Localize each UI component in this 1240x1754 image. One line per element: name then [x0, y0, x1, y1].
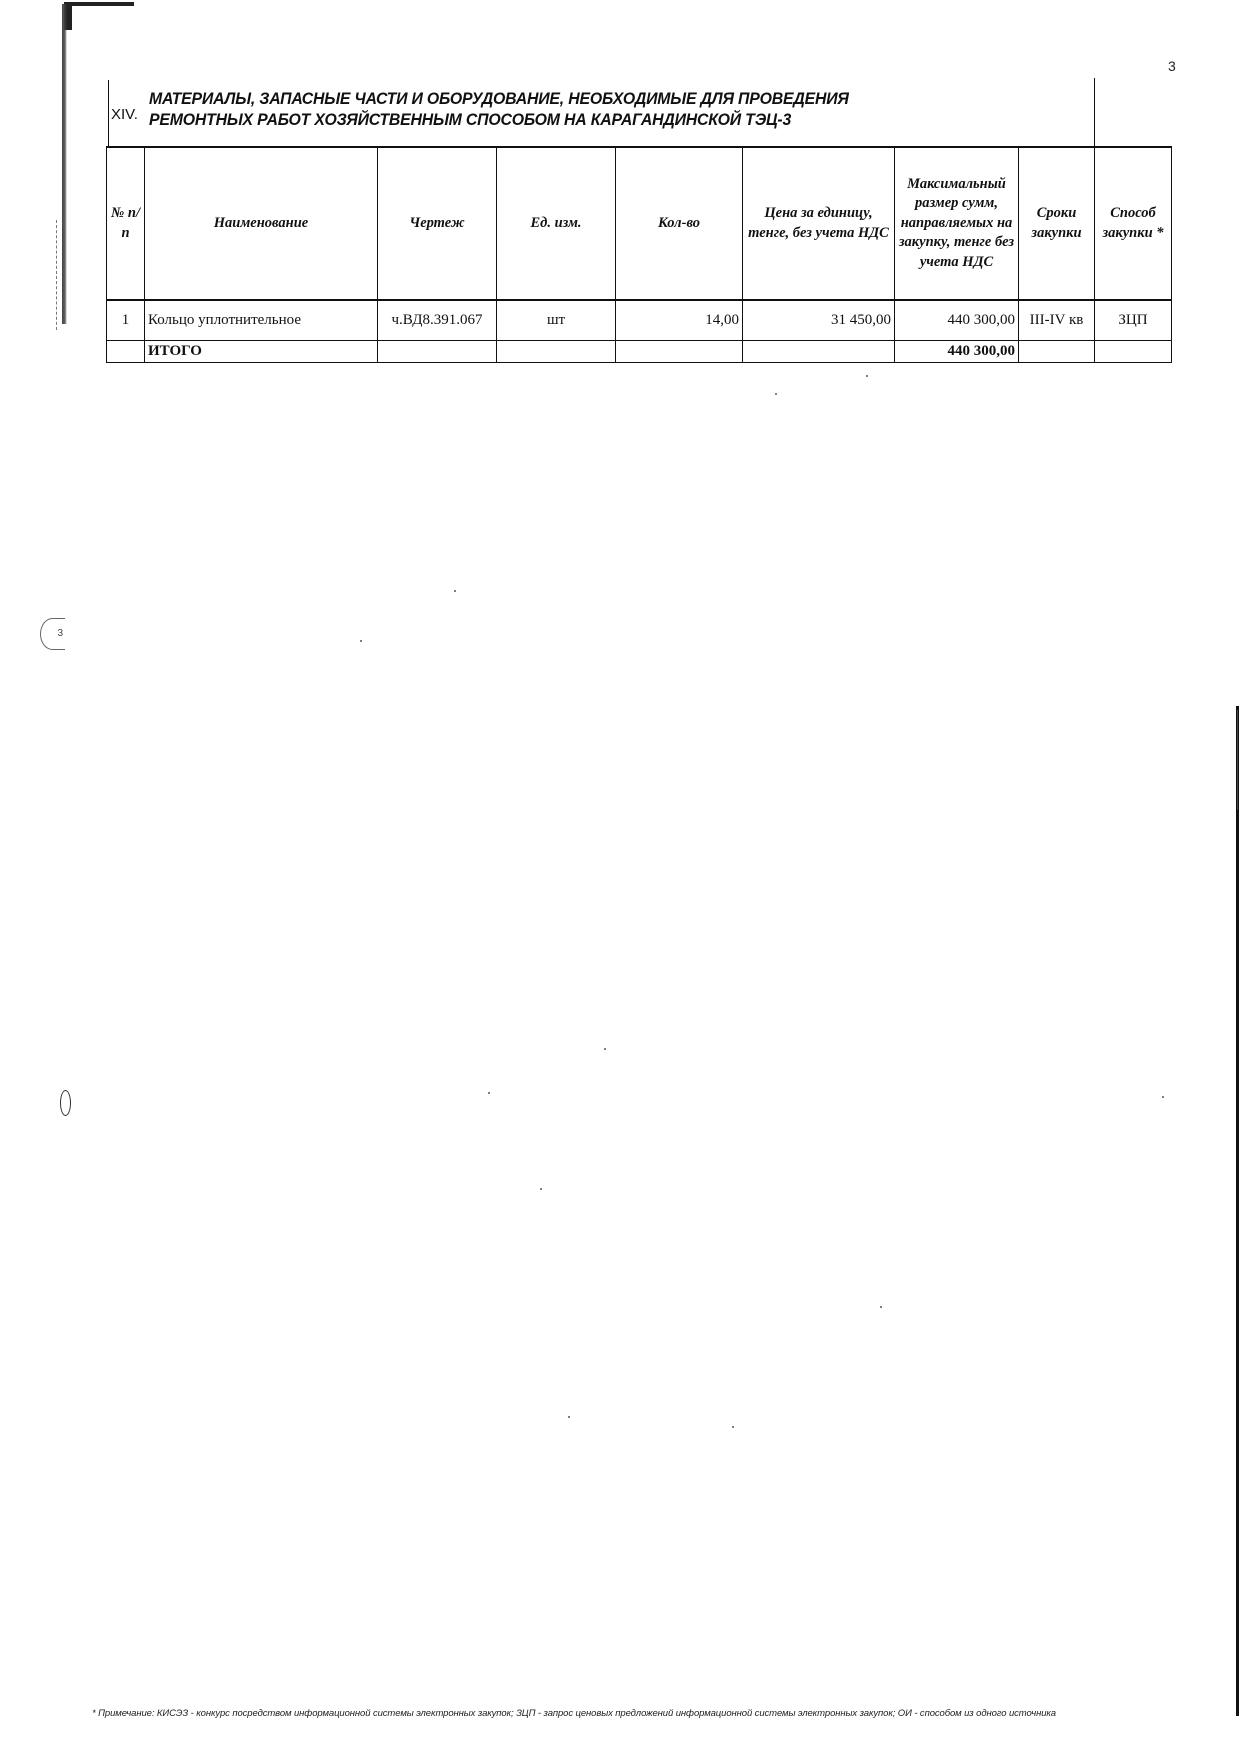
- section-title: МАТЕРИАЛЫ, ЗАПАСНЫЕ ЧАСТИ И ОБОРУДОВАНИЕ…: [149, 89, 1013, 131]
- col-header-max-sum: Максимальный размер сумм, направляемых н…: [895, 147, 1019, 300]
- scan-speck: [454, 590, 456, 592]
- total-label: ИТОГО: [145, 340, 378, 362]
- col-header-unit: Ед. изм.: [497, 147, 616, 300]
- col-header-method: Способ закупки *: [1095, 147, 1172, 300]
- cell-empty: [616, 340, 743, 362]
- section-numeral: XIV.: [111, 106, 138, 123]
- table-header-row: № п/п Наименование Чертеж Ед. изм. Кол-в…: [107, 147, 1172, 300]
- scan-speck: [1162, 1096, 1164, 1098]
- scan-speck: [604, 1048, 606, 1050]
- section-title-line-2: РЕМОНТНЫХ РАБОТ ХОЗЯЙСТВЕННЫМ СПОСОБОМ Н…: [149, 110, 1013, 131]
- leaf-mark-icon: [60, 1090, 71, 1116]
- scan-edge-top: [64, 2, 134, 6]
- cell-max-sum: 440 300,00: [895, 300, 1019, 340]
- cell-unit: шт: [497, 300, 616, 340]
- scan-speck: [880, 1306, 882, 1308]
- col-header-price: Цена за единицу, тенге, без учета НДС: [743, 147, 895, 300]
- scan-speck: [732, 1426, 734, 1428]
- col-header-drawing: Чертеж: [378, 147, 497, 300]
- scan-edge-left: [62, 4, 67, 324]
- footnote: * Примечание: КИСЭЗ - конкурс посредство…: [92, 1706, 1152, 1721]
- cell-num: 1: [107, 300, 145, 340]
- total-max-sum: 440 300,00: [895, 340, 1019, 362]
- scan-edge-right: [1236, 706, 1239, 1716]
- col-header-term: Сроки закупки: [1019, 147, 1095, 300]
- cell-drawing: ч.ВД8.391.067: [378, 300, 497, 340]
- cell-empty: [1019, 340, 1095, 362]
- cell-term: III-IV кв: [1019, 300, 1095, 340]
- cell-method: ЗЦП: [1095, 300, 1172, 340]
- scan-dash-left: [56, 220, 58, 330]
- stamp-digit: 3: [57, 628, 63, 639]
- cell-empty: [378, 340, 497, 362]
- scan-speck: [866, 375, 868, 377]
- scan-speck: [775, 393, 777, 395]
- cell-qty: 14,00: [616, 300, 743, 340]
- stamp-mark-icon: 3: [40, 618, 65, 650]
- col-header-name: Наименование: [145, 147, 378, 300]
- scan-speck: [360, 640, 362, 642]
- section-header-frame-right: [1094, 78, 1095, 146]
- scan-speck: [488, 1092, 490, 1094]
- cell-name: Кольцо уплотнительное: [145, 300, 378, 340]
- col-header-qty: Кол-во: [616, 147, 743, 300]
- cell-empty: [497, 340, 616, 362]
- cell-empty: [1095, 340, 1172, 362]
- col-header-num: № п/п: [107, 147, 145, 300]
- table-total-row: ИТОГО 440 300,00: [107, 340, 1172, 362]
- scan-edge-right-thin: [1237, 710, 1238, 810]
- materials-table: № п/п Наименование Чертеж Ед. изм. Кол-в…: [106, 146, 1172, 363]
- table-row: 1 Кольцо уплотнительное ч.ВД8.391.067 шт…: [107, 300, 1172, 340]
- section-title-line-1: МАТЕРИАЛЫ, ЗАПАСНЫЕ ЧАСТИ И ОБОРУДОВАНИЕ…: [149, 89, 1013, 110]
- cell-empty: [107, 340, 145, 362]
- cell-price: 31 450,00: [743, 300, 895, 340]
- scan-speck: [540, 1188, 542, 1190]
- page-number: 3: [1168, 58, 1176, 74]
- scan-speck: [568, 1416, 570, 1418]
- cell-empty: [743, 340, 895, 362]
